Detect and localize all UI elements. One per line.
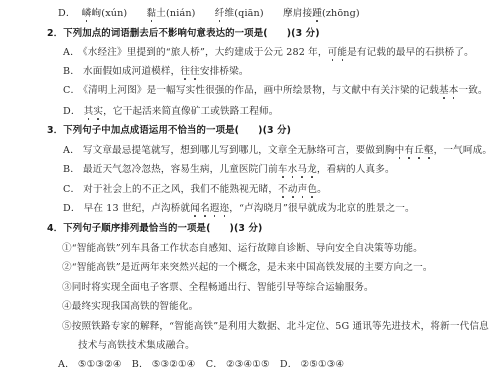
q4-sentence-2: ②“智能高铁”是近两年来突然兴起的一个概念，是未来中国高铁发展的主要方向之一。	[62, 262, 433, 274]
emphasized-idiom: 不动声色	[278, 184, 317, 195]
q2-option-d: D．其实，它干起活来简直像矿工或铁路工程师。	[63, 106, 278, 118]
q3-option-a: A．写文章最忌提笔就写，想到哪儿写到哪儿，文章全无脉络可言，要做到胸中有丘壑，一…	[63, 145, 492, 157]
q4-sentence-4: ④最终实现我国高铁的智能化。	[62, 301, 198, 313]
q1-option-d: D． 嶙峋(xún) 黏土(nián) 纤维(qiān) 摩肩接踵(zhōng)	[58, 8, 360, 20]
q4-sentence-1: ①“智能高铁”列车具备工作状态自感知、运行故障自诊断、导向安全自决策等功能。	[62, 243, 423, 255]
emphasized-word: 往往	[180, 66, 200, 77]
option-label: D．	[58, 8, 76, 19]
q3-option-c: C．对于社会上的不正之风，我们不能熟视无睹，不动声色。	[63, 184, 327, 196]
pinyin-item-2: 黏土(nián)	[147, 8, 196, 19]
emphasized-word: 基本	[439, 85, 459, 96]
answer-option-c: C．②③④①⑤	[206, 359, 270, 370]
answer-option-b: B．⑤③②①④	[132, 359, 196, 370]
pinyin-item-1: 嶙峋(xún)	[82, 8, 128, 19]
question-4-title: 4．下列句子顺序排列最恰当的一项是( )(3 分)	[47, 223, 262, 235]
emphasized-word: 其实	[84, 106, 104, 117]
emphasized-idiom: 胸中有丘壑	[385, 145, 434, 156]
q2-option-c: C．《清明上河图》是一幅写实性很强的作品，画中所绘景物，与文献中有关汴梁的记载基…	[63, 85, 488, 97]
pinyin-item-4: 摩肩接踵(zhōng)	[283, 8, 360, 19]
pinyin-item-3: 纤维(qiān)	[215, 8, 264, 19]
answer-option-d: D．②⑤①③④	[280, 359, 344, 370]
q3-option-b: B．最近天气忽冷忽热，容易生病，儿童医院门前车水马龙，看病的人真多。	[63, 164, 395, 176]
q2-option-b: B．水面假如成河道模样，往往安排桥梁。	[63, 66, 249, 78]
emphasized-idiom: 闻名遐迩	[190, 203, 229, 214]
question-2-title: 2．下列加点的词语删去后不影响句意表达的一项是( )(3 分)	[47, 28, 320, 40]
q4-sentence-5-continued: 技术与高铁技术集成融合。	[78, 340, 195, 352]
q4-sentence-5: ⑤按照铁路专家的解释，“智能高铁”是利用大数据、北斗定位、5G 通讯等先进技术，…	[62, 321, 489, 333]
q3-option-d: D．早在 13 世纪，卢沟桥就闻名遐迩，“卢沟晓月”很早就成为北京的胜景之一。	[63, 203, 415, 215]
q4-sentence-3: ③同时将实现全面电子客票、全程畅通出行、智能引导等综合运输服务。	[62, 282, 374, 294]
emphasized-idiom: 车水马龙	[278, 164, 317, 175]
exam-page: D． 嶙峋(xún) 黏土(nián) 纤维(qiān) 摩肩接踵(zhōng)…	[0, 0, 495, 370]
q4-answer-options: A．⑤①③②④ B．⑤③②①④ C．②③④①⑤ D．②⑤①③④	[58, 359, 344, 370]
q2-option-a: A．《水经注》里提到的“旅人桥”，大约建成于公元 282 年，可能是有记载的最早…	[63, 47, 474, 59]
emphasized-word: 可能	[328, 47, 348, 58]
question-3-title: 3．下列句子中加点成语运用不恰当的一项是( )(3 分)	[47, 125, 291, 137]
answer-option-a: A．⑤①③②④	[58, 359, 122, 370]
